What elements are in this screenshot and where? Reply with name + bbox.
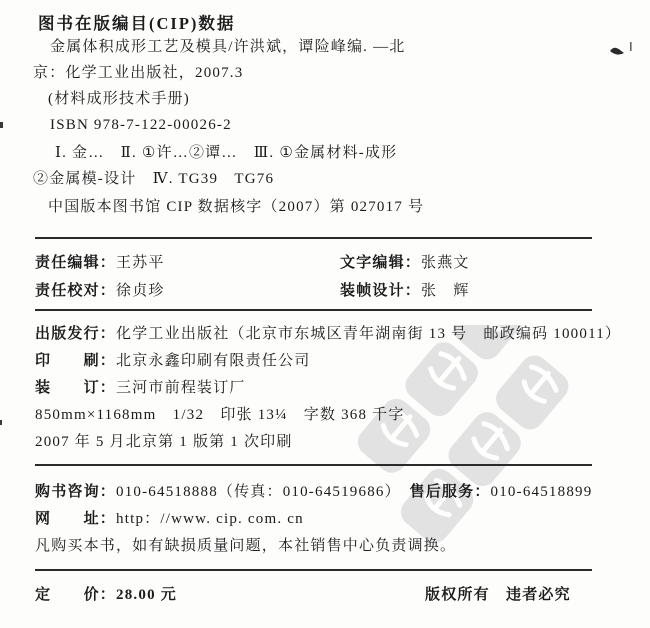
website-value: http：//www. cip. com. cn	[116, 511, 304, 527]
purchase-hotline-value: 010-64518888（传真：010-64519686）	[116, 484, 393, 500]
phone-line: 购书咨询：010-64518888（传真：010-64519686） 售后服务：…	[35, 482, 592, 502]
binder-row: 装 订：三河市前程装订厂	[35, 378, 246, 398]
publisher-label: 出版发行：	[35, 326, 116, 342]
website-label: 网 址：	[35, 511, 116, 527]
scan-speck	[0, 122, 3, 128]
printer-row: 印 刷：北京永鑫印刷有限责任公司	[35, 351, 310, 371]
text-editor-value: 张燕文	[421, 255, 470, 271]
text-editor-label: 文字编辑：	[340, 255, 421, 271]
cip-series-line: (材料成形技术手册)	[48, 89, 190, 109]
proofreader-label: 责任校对：	[35, 283, 116, 299]
website-line: 网 址：http：//www. cip. com. cn	[35, 509, 304, 529]
publisher-value: 化学工业出版社（北京市东城区青年湖南街 13 号 邮政编码 100011）	[116, 326, 621, 342]
copyright-notice: 版权所有 违者必究	[425, 585, 571, 605]
cip-class-line-2: ②金属模-设计 Ⅳ. TG39 TG76	[33, 169, 274, 189]
cip-registry-line: 中国版本图书馆 CIP 数据核字（2007）第 027017 号	[48, 197, 424, 217]
binder-value: 三河市前程装订厂	[116, 380, 246, 396]
price-value: 28.00 元	[116, 587, 177, 603]
cip-heading: 图书在版编目(CIP)数据	[38, 10, 235, 34]
cip-class-line-1: Ⅰ. 金… Ⅱ. ①许…②谭… Ⅲ. ①金属材料-成形	[55, 143, 397, 163]
publisher-row: 出版发行：化学工业出版社（北京市东城区青年湖南街 13 号 邮政编码 10001…	[35, 324, 621, 344]
divider-rule-4	[35, 569, 592, 571]
divider-rule-2	[35, 309, 592, 311]
binder-label: 装 订：	[35, 380, 116, 396]
cip-record-line-2: 京：化学工业出版社，2007.3	[33, 63, 243, 83]
staff-row-designer: 装帧设计：张 辉	[340, 281, 470, 301]
scan-speck	[0, 420, 2, 425]
proofreader-value: 徐贞珍	[116, 283, 165, 299]
divider-rule-3	[35, 464, 592, 466]
purchase-hotline-label: 购书咨询：	[35, 484, 116, 500]
editor-value: 王苏平	[116, 255, 165, 271]
staff-row-text-editor: 文字编辑：张燕文	[340, 253, 470, 273]
format-spec-line: 850mm×1168mm 1/32 印张 13¼ 字数 368 千字	[35, 405, 405, 425]
price-line: 定 价：28.00 元	[35, 585, 177, 605]
designer-label: 装帧设计：	[340, 283, 421, 299]
after-sales-value: 010-64518899	[491, 484, 593, 500]
designer-value: 张 辉	[421, 283, 470, 299]
printer-value: 北京永鑫印刷有限责任公司	[116, 353, 310, 369]
price-label: 定 价：	[35, 587, 116, 603]
editor-label: 责任编辑：	[35, 255, 116, 271]
after-sales-label: 售后服务：	[410, 484, 491, 500]
printer-label: 印 刷：	[35, 353, 116, 369]
isbn-line: ISBN 978-7-122-00026-2	[50, 115, 232, 135]
ink-smudge	[606, 40, 636, 58]
book-copyright-page: 图书在版编目(CIP)数据 金属体积成形工艺及模具/许洪斌，谭险峰编. —北 京…	[0, 0, 650, 628]
print-run-line: 2007 年 5 月北京第 1 版第 1 次印刷	[35, 432, 293, 452]
divider-rule-1	[35, 237, 592, 239]
cip-record-line-1: 金属体积成形工艺及模具/许洪斌，谭险峰编. —北	[50, 37, 405, 57]
exchange-policy-line: 凡购买本书，如有缺损质量问题，本社销售中心负责调换。	[35, 536, 456, 556]
staff-row-proofreader: 责任校对：徐贞珍	[35, 281, 165, 301]
staff-row-editor: 责任编辑：王苏平	[35, 253, 165, 273]
